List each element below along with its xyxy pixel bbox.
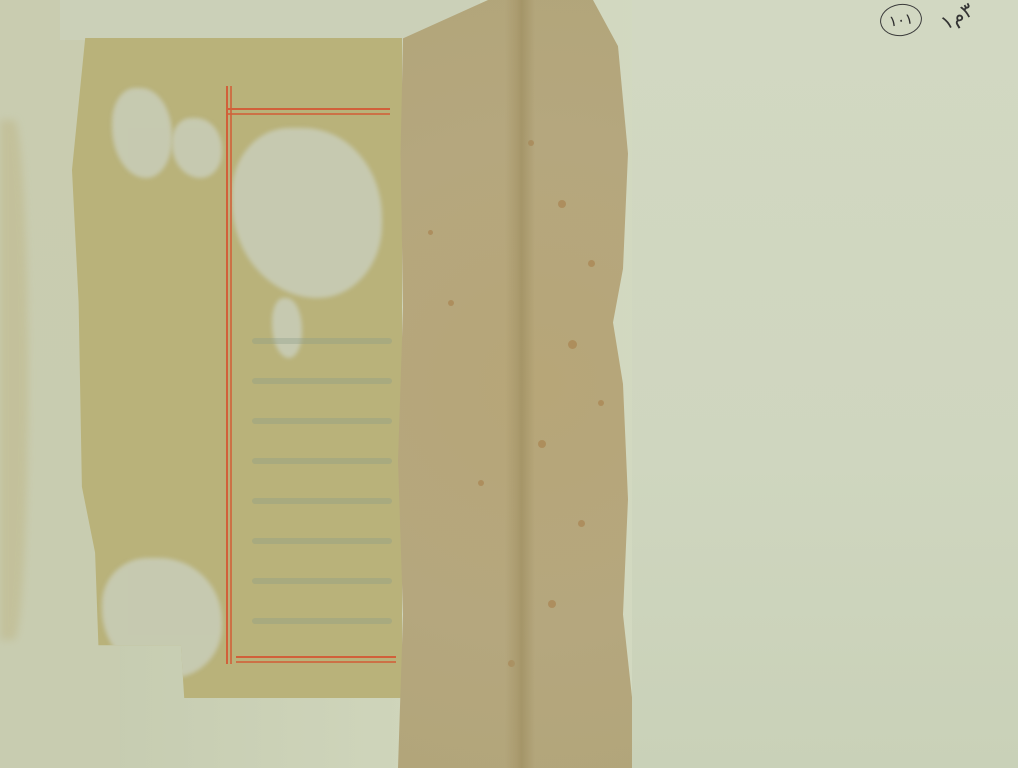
foxing-spot — [428, 230, 433, 235]
faded-text-line — [252, 538, 392, 544]
faded-text-line — [252, 418, 392, 424]
abrasion-patch — [112, 88, 172, 178]
abrasion-patch — [232, 128, 382, 298]
foxing-spot — [448, 300, 454, 306]
foxing-spot — [568, 340, 577, 349]
red-ruling-top — [226, 113, 390, 115]
foxing-spot — [588, 260, 595, 267]
red-ruling-vertical — [226, 86, 228, 664]
foxing-spot — [598, 400, 604, 406]
red-ruling-bottom — [236, 661, 396, 663]
faded-text-line — [252, 378, 392, 384]
faded-text-line — [252, 618, 392, 624]
foxing-spot — [478, 480, 484, 486]
foxing-spot — [548, 600, 556, 608]
red-ruling-bottom — [236, 656, 396, 658]
faded-text-line — [252, 458, 392, 464]
foxing-spot — [538, 440, 546, 448]
blank-backing-page — [632, 0, 1018, 768]
binding-fold — [505, 0, 535, 768]
abrasion-patch — [272, 298, 302, 358]
faded-text-line — [252, 498, 392, 504]
folio-number-text: ١٠١ — [888, 9, 914, 30]
abrasion-patch — [172, 118, 222, 178]
faded-text-line — [252, 578, 392, 584]
foxing-spot — [558, 200, 566, 208]
faded-text-line — [252, 338, 392, 344]
water-stain — [0, 120, 28, 640]
manuscript-folio-fragment — [72, 38, 402, 698]
foxing-spot — [578, 520, 585, 527]
red-ruling-top — [226, 108, 390, 110]
red-ruling-vertical — [230, 86, 232, 664]
